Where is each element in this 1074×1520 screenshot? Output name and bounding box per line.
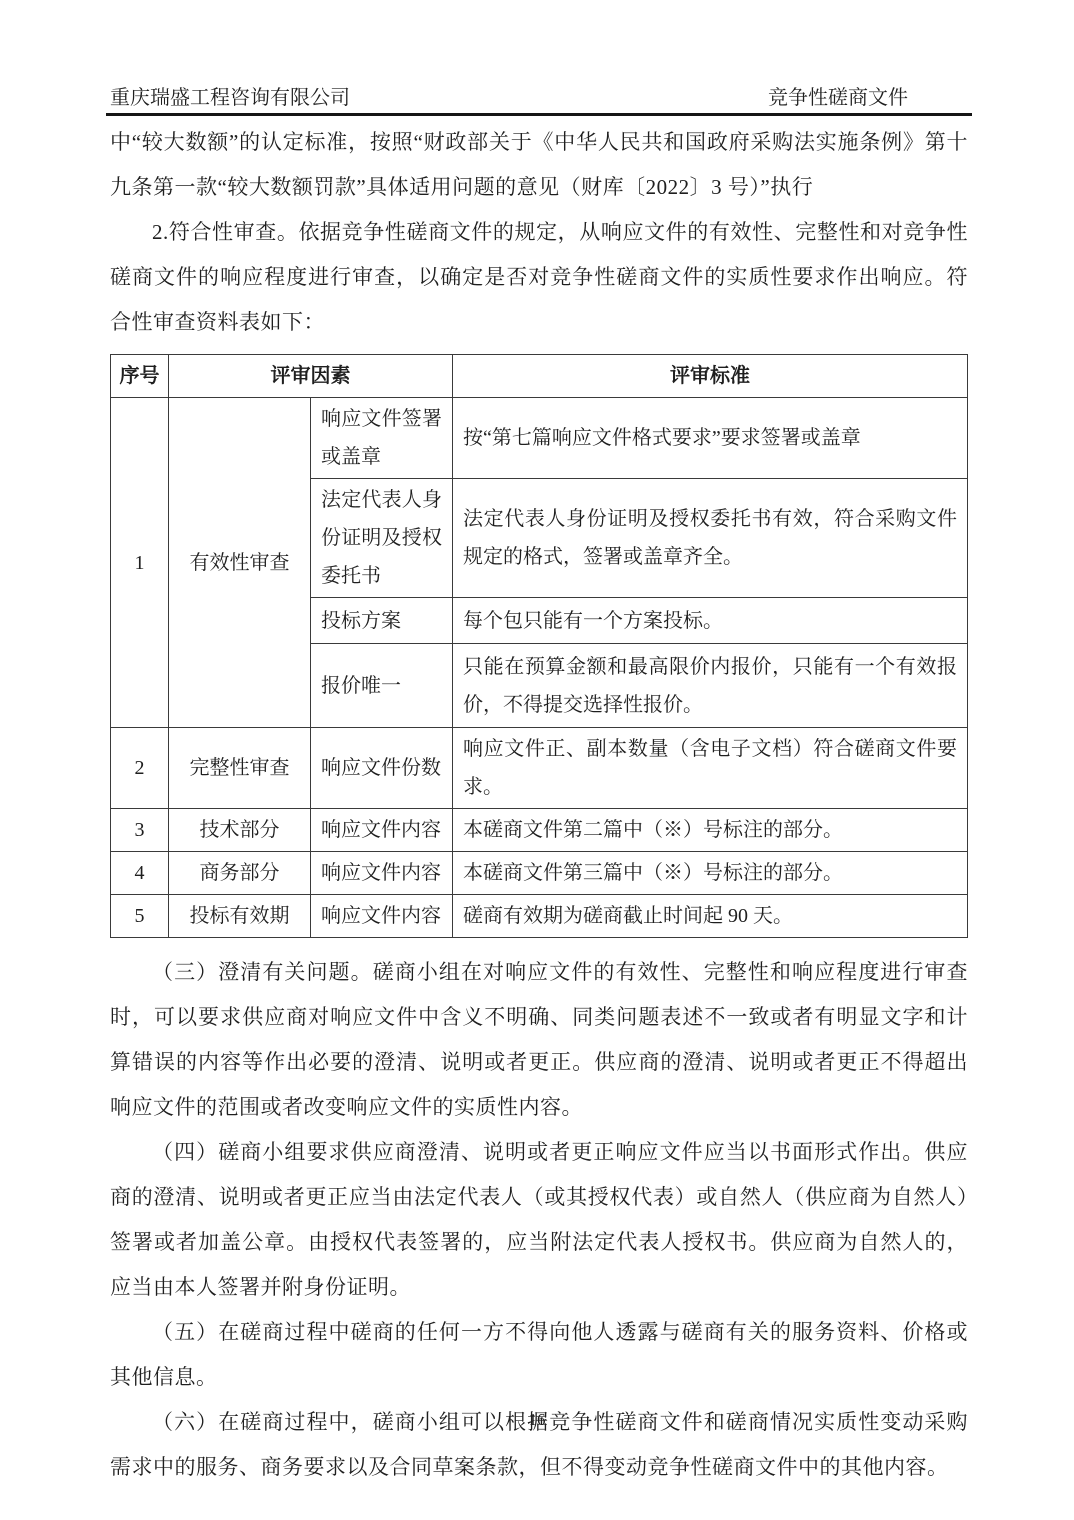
cell-standard: 每个包只能有一个方案投标。 [453, 598, 968, 644]
paragraph-written-form: （四）磋商小组要求供应商澄清、说明或者更正响应文件应当以书面形式作出。供应商的澄… [110, 1130, 968, 1310]
conformity-review-table: 序号 评审因素 评审标准 1 有效性审查 响应文件签署或盖章 按“第七篇响应文件… [110, 354, 968, 938]
cell-category: 有效性审查 [169, 398, 311, 728]
cell-factor: 响应文件内容 [311, 852, 453, 895]
cell-standard: 磋商有效期为磋商截止时间起 90 天。 [453, 895, 968, 938]
paragraph-clarification: （三）澄清有关问题。磋商小组在对响应文件的有效性、完整性和响应程度进行审查时，可… [110, 950, 968, 1130]
page-header: 重庆瑞盛工程咨询有限公司 竞争性磋商文件 [110, 86, 968, 110]
page-footer: 16 [0, 1410, 1074, 1430]
cell-no: 1 [111, 398, 169, 728]
cell-factor: 响应文件签署或盖章 [311, 398, 453, 479]
cell-no: 4 [111, 852, 169, 895]
column-header-standard: 评审标准 [453, 355, 968, 398]
table-row: 3 技术部分 响应文件内容 本磋商文件第二篇中（※）号标注的部分。 [111, 809, 968, 852]
table-row: 5 投标有效期 响应文件内容 磋商有效期为磋商截止时间起 90 天。 [111, 895, 968, 938]
cell-no: 5 [111, 895, 169, 938]
document-page: 重庆瑞盛工程咨询有限公司 竞争性磋商文件 中“较大数额”的认定标准，按照“财政部… [0, 0, 1074, 1520]
cell-category: 商务部分 [169, 852, 311, 895]
cell-no: 3 [111, 809, 169, 852]
table-header-row: 序号 评审因素 评审标准 [111, 355, 968, 398]
cell-factor: 报价唯一 [311, 644, 453, 728]
cell-standard: 法定代表人身份证明及授权委托书有效，符合采购文件规定的格式，签署或盖章齐全。 [453, 479, 968, 598]
page-number: 16 [529, 1410, 546, 1429]
cell-standard: 按“第七篇响应文件格式要求”要求签署或盖章 [453, 398, 968, 479]
cell-category: 完整性审查 [169, 728, 311, 809]
cell-standard: 本磋商文件第三篇中（※）号标注的部分。 [453, 852, 968, 895]
cell-factor: 响应文件内容 [311, 895, 453, 938]
header-company-name: 重庆瑞盛工程咨询有限公司 [110, 86, 350, 110]
cell-no: 2 [111, 728, 169, 809]
header-document-type: 竞争性磋商文件 [768, 86, 908, 110]
cell-category: 技术部分 [169, 809, 311, 852]
cell-standard: 响应文件正、副本数量（含电子文档）符合磋商文件要求。 [453, 728, 968, 809]
paragraph-penalty-standard: 中“较大数额”的认定标准，按照“财政部关于《中华人民共和国政府采购法实施条例》第… [110, 120, 968, 210]
cell-category: 投标有效期 [169, 895, 311, 938]
table-row: 1 有效性审查 响应文件签署或盖章 按“第七篇响应文件格式要求”要求签署或盖章 [111, 398, 968, 479]
paragraph-conformity-review: 2.符合性审查。依据竞争性磋商文件的规定，从响应文件的有效性、完整性和对竞争性磋… [110, 210, 968, 345]
header-rule [106, 113, 972, 116]
cell-standard: 只能在预算金额和最高限价内报价，只能有一个有效报价，不得提交选择性报价。 [453, 644, 968, 728]
table-row: 4 商务部分 响应文件内容 本磋商文件第三篇中（※）号标注的部分。 [111, 852, 968, 895]
table-row: 2 完整性审查 响应文件份数 响应文件正、副本数量（含电子文档）符合磋商文件要求… [111, 728, 968, 809]
cell-factor: 响应文件内容 [311, 809, 453, 852]
cell-factor: 响应文件份数 [311, 728, 453, 809]
cell-factor: 法定代表人身份证明及授权委托书 [311, 479, 453, 598]
column-header-factor: 评审因素 [169, 355, 453, 398]
cell-standard: 本磋商文件第二篇中（※）号标注的部分。 [453, 809, 968, 852]
cell-factor: 投标方案 [311, 598, 453, 644]
column-header-no: 序号 [111, 355, 169, 398]
paragraph-confidentiality: （五）在磋商过程中磋商的任何一方不得向他人透露与磋商有关的服务资料、价格或其他信… [110, 1310, 968, 1400]
document-body: 中“较大数额”的认定标准，按照“财政部关于《中华人民共和国政府采购法实施条例》第… [110, 120, 968, 1490]
